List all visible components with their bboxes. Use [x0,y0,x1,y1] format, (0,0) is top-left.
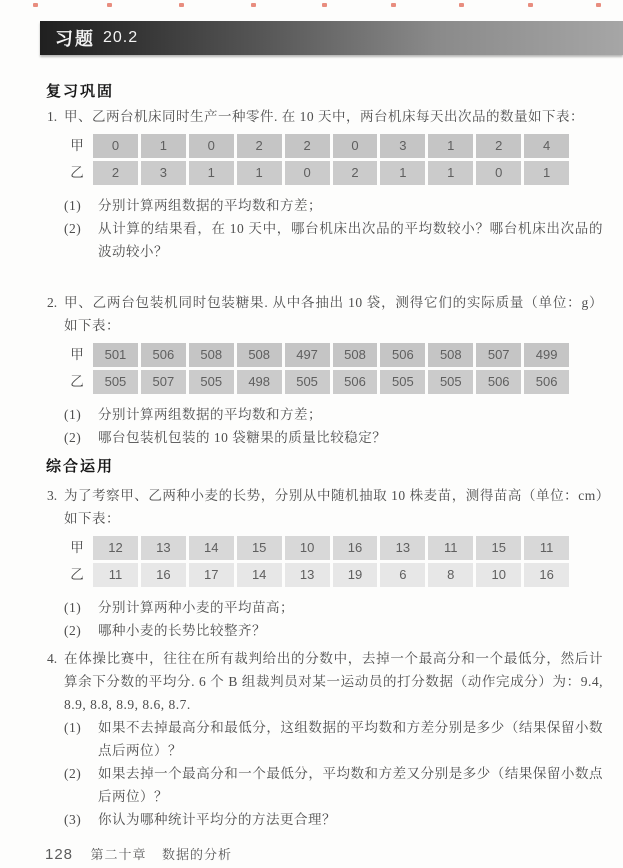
table-row-label: 乙 [64,161,90,185]
table-cell: 506 [380,343,425,367]
table-cell: 505 [380,370,425,394]
exercise-number: 20.2 [103,29,138,47]
table-cell: 507 [141,370,186,394]
table-cell: 16 [524,563,569,587]
problem-text: 为了考察甲、乙两种小麦的长势，分别从中随机抽取 10 株麦苗，测得苗高（单位：c… [64,484,603,530]
chapter-label: 第二十章 [90,847,146,862]
scan-artifact-marks [0,3,623,9]
scan-mark-icon [528,3,533,7]
sub-question: (2) 从计算的结果看，在 10 天中，哪台机床出次品的平均数较小？哪台机床出次… [64,217,603,263]
table-cell: 13 [141,536,186,560]
problem-1: 1. 甲、乙两台机床同时生产一种零件. 在 10 天中，两台机床每天出次品的数量… [47,105,603,263]
sub-question-number: (2) [64,426,98,449]
section-title-comprehensive: 综合运用 [46,455,114,476]
table-cell: 4 [524,134,569,158]
table-cell: 1 [428,134,473,158]
table-cell: 15 [237,536,282,560]
table-cell: 497 [285,343,330,367]
sub-question-number: (2) [64,619,98,642]
exercise-header-bar: 习题 20.2 [40,21,623,55]
table-cell: 2 [333,161,378,185]
table-row-label: 甲 [64,536,90,560]
table-cell: 0 [476,161,521,185]
table-cell: 8 [428,563,473,587]
table-cell: 12 [93,536,138,560]
table-cell: 2 [237,134,282,158]
table-cell: 498 [237,370,282,394]
table-cell: 499 [524,343,569,367]
table-cell: 15 [476,536,521,560]
sub-question-number: (1) [64,716,98,762]
table-cell: 11 [93,563,138,587]
problem-2: 2. 甲、乙两台包装机同时包装糖果. 从中各抽出 10 袋，测得它们的实际质量（… [47,291,603,449]
table-row: 乙111617141319681016 [64,563,569,587]
sub-question-number: (2) [64,762,98,808]
problem-3: 3. 为了考察甲、乙两种小麦的长势，分别从中随机抽取 10 株麦苗，测得苗高（单… [47,484,603,642]
problem-text: 在体操比赛中，往往在所有裁判给出的分数中，去掉一个最高分和一个最低分，然后计算余… [64,647,603,716]
table-cell: 1 [237,161,282,185]
table-cell: 13 [380,536,425,560]
table-row: 乙2311021101 [64,161,569,185]
table-cell: 0 [333,134,378,158]
table-cell: 16 [141,563,186,587]
sub-question-text: 分别计算两组数据的平均数和方差； [98,403,603,426]
data-table-machines: 甲0102203124乙2311021101 [64,134,569,185]
page-footer: 128 第二十章 数据的分析 [45,844,232,864]
sub-question-text: 你认为哪种统计平均分的方法更合理？ [98,808,603,831]
scan-mark-icon [322,3,327,7]
sub-question: (1) 分别计算两种小麦的平均苗高； [64,596,603,619]
table-row-label: 乙 [64,370,90,394]
sub-question-number: (2) [64,217,98,263]
table-cell: 11 [524,536,569,560]
table-cell: 0 [93,134,138,158]
table-row: 甲501506508508497508506508507499 [64,343,569,367]
problem-text: 甲、乙两台包装机同时包装糖果. 从中各抽出 10 袋，测得它们的实际质量（单位：… [64,291,603,337]
table-cell: 10 [476,563,521,587]
table-cell: 1 [524,161,569,185]
page-number: 128 [45,846,73,863]
problem-number: 3. [47,484,64,642]
table-cell: 1 [428,161,473,185]
table-cell: 0 [285,161,330,185]
sub-question: (2) 哪台包装机包装的 10 袋糖果的质量比较稳定？ [64,426,603,449]
sub-question-text: 哪种小麦的长势比较整齐？ [98,619,603,642]
table-cell: 3 [141,161,186,185]
table-cell: 1 [141,134,186,158]
table-cell: 11 [428,536,473,560]
table-row-label: 乙 [64,563,90,587]
table-cell: 505 [189,370,234,394]
table-cell: 1 [189,161,234,185]
table-cell: 505 [428,370,473,394]
scan-mark-icon [179,3,184,7]
table-row-label: 甲 [64,134,90,158]
table-cell: 506 [141,343,186,367]
textbook-page: 习题 20.2 复习巩固 1. 甲、乙两台机床同时生产一种零件. 在 10 天中… [0,0,623,868]
sub-question: (1) 如果不去掉最高分和最低分，这组数据的平均数和方差分别是多少（结果保留小数… [64,716,603,762]
table-cell: 506 [333,370,378,394]
problem-4: 4. 在体操比赛中，往往在所有裁判给出的分数中，去掉一个最高分和一个最低分，然后… [47,647,603,831]
table-row-label: 甲 [64,343,90,367]
table-row: 乙505507505498505506505505506506 [64,370,569,394]
sub-question-text: 如果去掉一个最高分和一个最低分，平均数和方差又分别是多少（结果保留小数点后两位）… [98,762,603,808]
sub-question-text: 如果不去掉最高分和最低分，这组数据的平均数和方差分别是多少（结果保留小数点后两位… [98,716,603,762]
table-cell: 505 [285,370,330,394]
scan-mark-icon [251,3,256,7]
sub-question-text: 从计算的结果看，在 10 天中，哪台机床出次品的平均数较小？哪台机床出次品的波动… [98,217,603,263]
table-cell: 2 [285,134,330,158]
section-title-review: 复习巩固 [46,80,114,101]
table-cell: 3 [380,134,425,158]
scan-mark-icon [107,3,112,7]
sub-question: (3) 你认为哪种统计平均分的方法更合理？ [64,808,603,831]
exercise-label: 习题 [55,25,95,51]
problem-text: 甲、乙两台机床同时生产一种零件. 在 10 天中，两台机床每天出次品的数量如下表… [64,105,603,128]
table-cell: 508 [189,343,234,367]
table-cell: 506 [476,370,521,394]
table-cell: 508 [333,343,378,367]
sub-question: (1) 分别计算两组数据的平均数和方差； [64,194,603,217]
sub-question-number: (1) [64,403,98,426]
table-cell: 508 [237,343,282,367]
table-cell: 10 [285,536,330,560]
table-cell: 2 [93,161,138,185]
sub-question: (2) 如果去掉一个最高分和一个最低分，平均数和方差又分别是多少（结果保留小数点… [64,762,603,808]
data-table-candy: 甲501506508508497508506508507499乙50550750… [64,343,569,394]
table-cell: 507 [476,343,521,367]
table-cell: 14 [189,536,234,560]
table-cell: 2 [476,134,521,158]
table-cell: 506 [524,370,569,394]
sub-question-text: 分别计算两种小麦的平均苗高； [98,596,603,619]
scan-mark-icon [33,3,38,7]
chapter-title: 数据的分析 [162,847,232,862]
table-cell: 13 [285,563,330,587]
table-cell: 16 [333,536,378,560]
table-cell: 17 [189,563,234,587]
sub-question-number: (1) [64,194,98,217]
table-cell: 14 [237,563,282,587]
scan-mark-icon [391,3,396,7]
table-cell: 19 [333,563,378,587]
table-row: 甲0102203124 [64,134,569,158]
sub-question-number: (3) [64,808,98,831]
sub-question: (2) 哪种小麦的长势比较整齐？ [64,619,603,642]
scan-mark-icon [459,3,464,7]
problem-number: 1. [47,105,64,263]
table-cell: 505 [93,370,138,394]
table-cell: 6 [380,563,425,587]
problem-number: 2. [47,291,64,449]
problem-number: 4. [47,647,64,831]
sub-question-text: 分别计算两组数据的平均数和方差； [98,194,603,217]
table-cell: 508 [428,343,473,367]
scan-mark-icon [596,3,601,7]
sub-question-text: 哪台包装机包装的 10 袋糖果的质量比较稳定？ [98,426,603,449]
sub-question: (1) 分别计算两组数据的平均数和方差； [64,403,603,426]
data-table-wheat: 甲12131415101613111511乙111617141319681016 [64,536,569,587]
table-cell: 1 [380,161,425,185]
table-cell: 501 [93,343,138,367]
sub-question-number: (1) [64,596,98,619]
table-row: 甲12131415101613111511 [64,536,569,560]
table-cell: 0 [189,134,234,158]
